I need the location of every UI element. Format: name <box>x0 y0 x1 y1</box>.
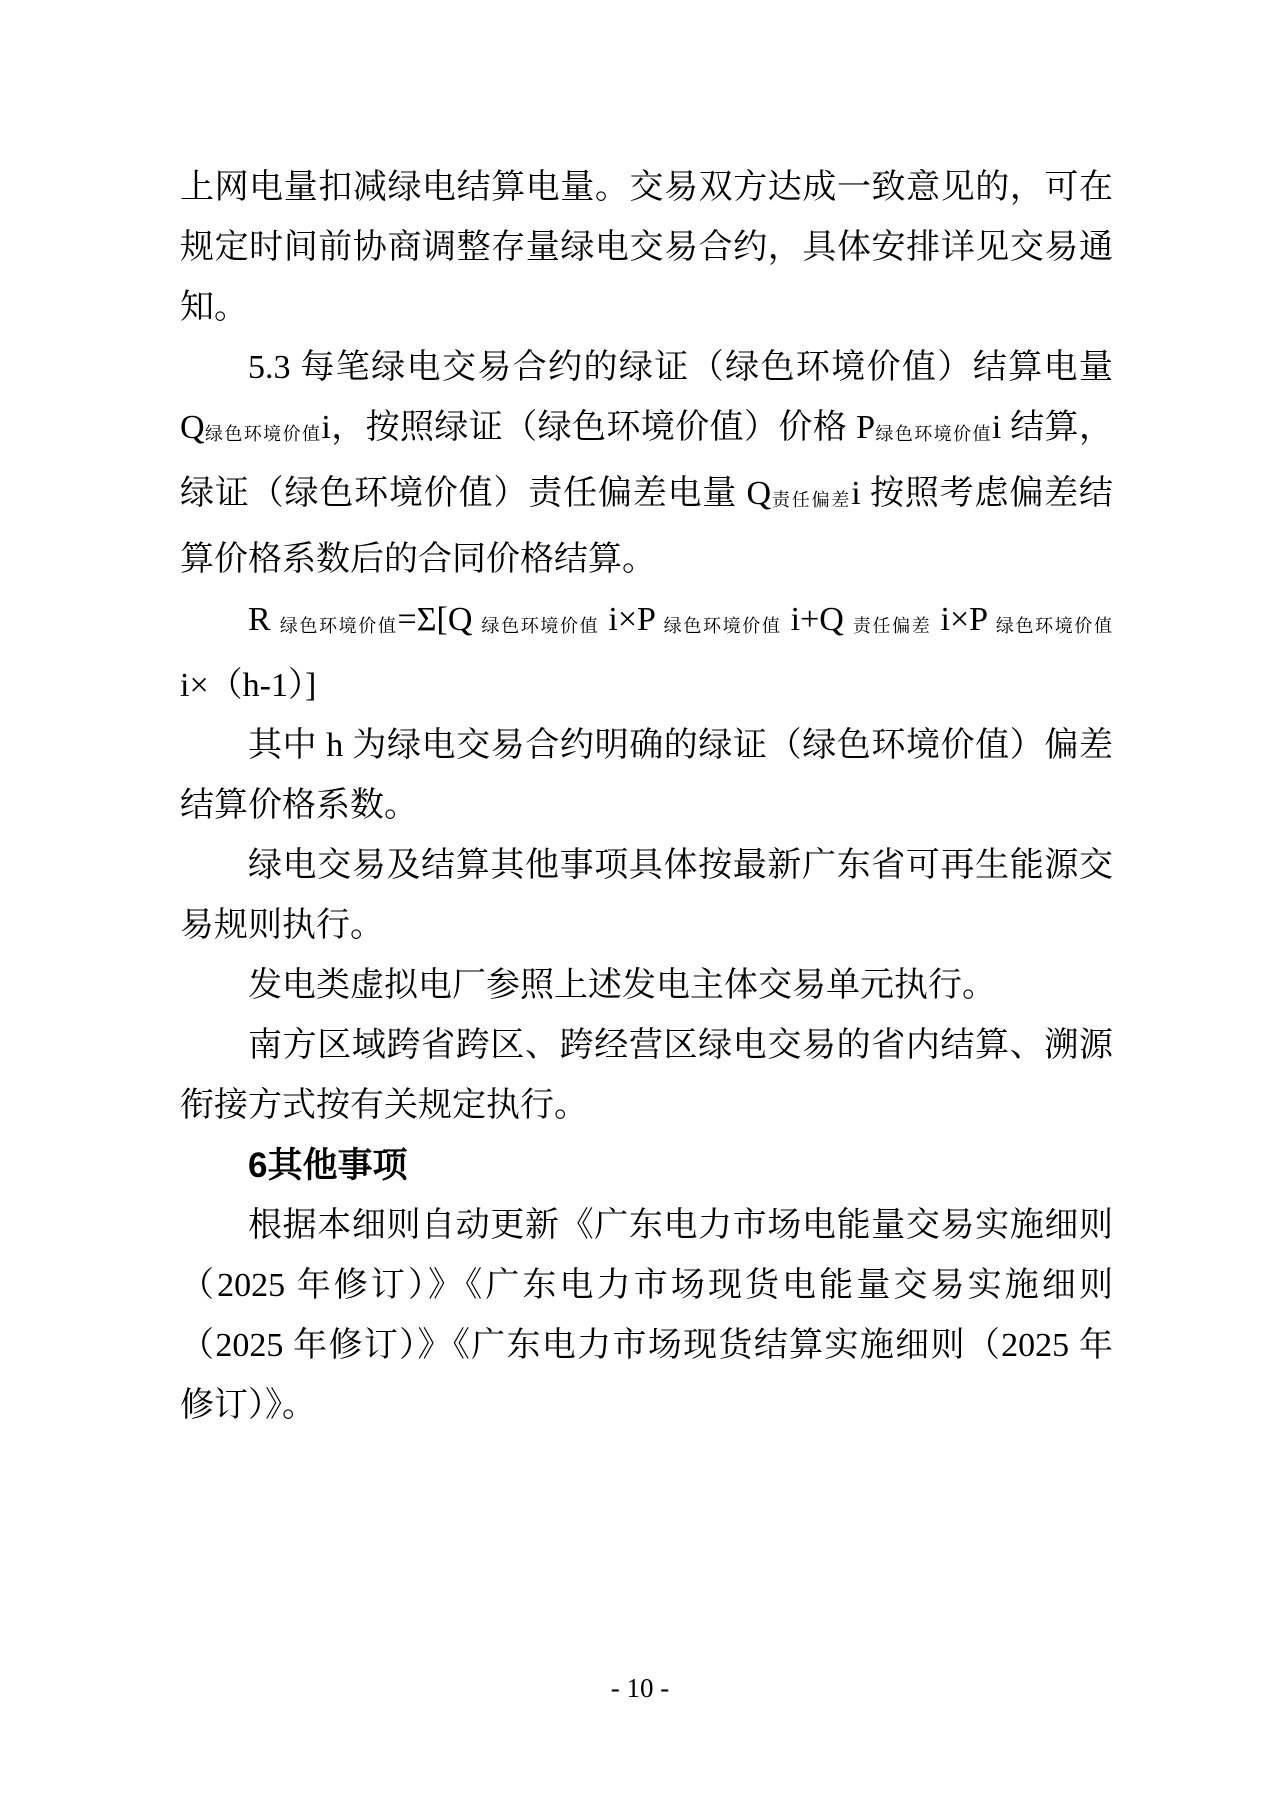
document-text-block: 上网电量扣减绿电结算电量。交易双方达成一致意见的，可在规定时间前协商调整存量绿电… <box>180 158 1113 1436</box>
para-5-3-green-cert-settlement: 5.3 每笔绿电交易合约的绿证（绿色环境价值）结算电量 Q绿色环境价值i，按照绿… <box>180 338 1113 590</box>
para-renewable-rules-reference: 绿电交易及结算其他事项具体按最新广东省可再生能源交易规则执行。 <box>180 836 1113 956</box>
para-carryover-settlement: 上网电量扣减绿电结算电量。交易双方达成一致意见的，可在规定时间前协商调整存量绿电… <box>180 158 1113 338</box>
para-auto-update-rules: 根据本细则自动更新《广东电力市场电能量交易实施细则（2025 年修订）》《广东电… <box>180 1196 1113 1436</box>
para-h-coefficient-definition: 其中 h 为绿电交易合约明确的绿证（绿色环境价值）偏差结算价格系数。 <box>180 716 1113 836</box>
document-page: 上网电量扣减绿电结算电量。交易双方达成一致意见的，可在规定时间前协商调整存量绿电… <box>0 0 1280 1810</box>
page-number: - 10 - <box>0 1668 1280 1708</box>
section-heading-6-other-matters: 6其他事项 <box>180 1136 1113 1196</box>
para-virtual-power-plant: 发电类虚拟电厂参照上述发电主体交易单元执行。 <box>180 956 1113 1016</box>
para-southern-region-trading: 南方区域跨省跨区、跨经营区绿电交易的省内结算、溯源衔接方式按有关规定执行。 <box>180 1016 1113 1136</box>
para-settlement-formula: R 绿色环境价值=Σ[Q 绿色环境价值 i×P 绿色环境价值 i+Q 责任偏差 … <box>180 590 1113 716</box>
